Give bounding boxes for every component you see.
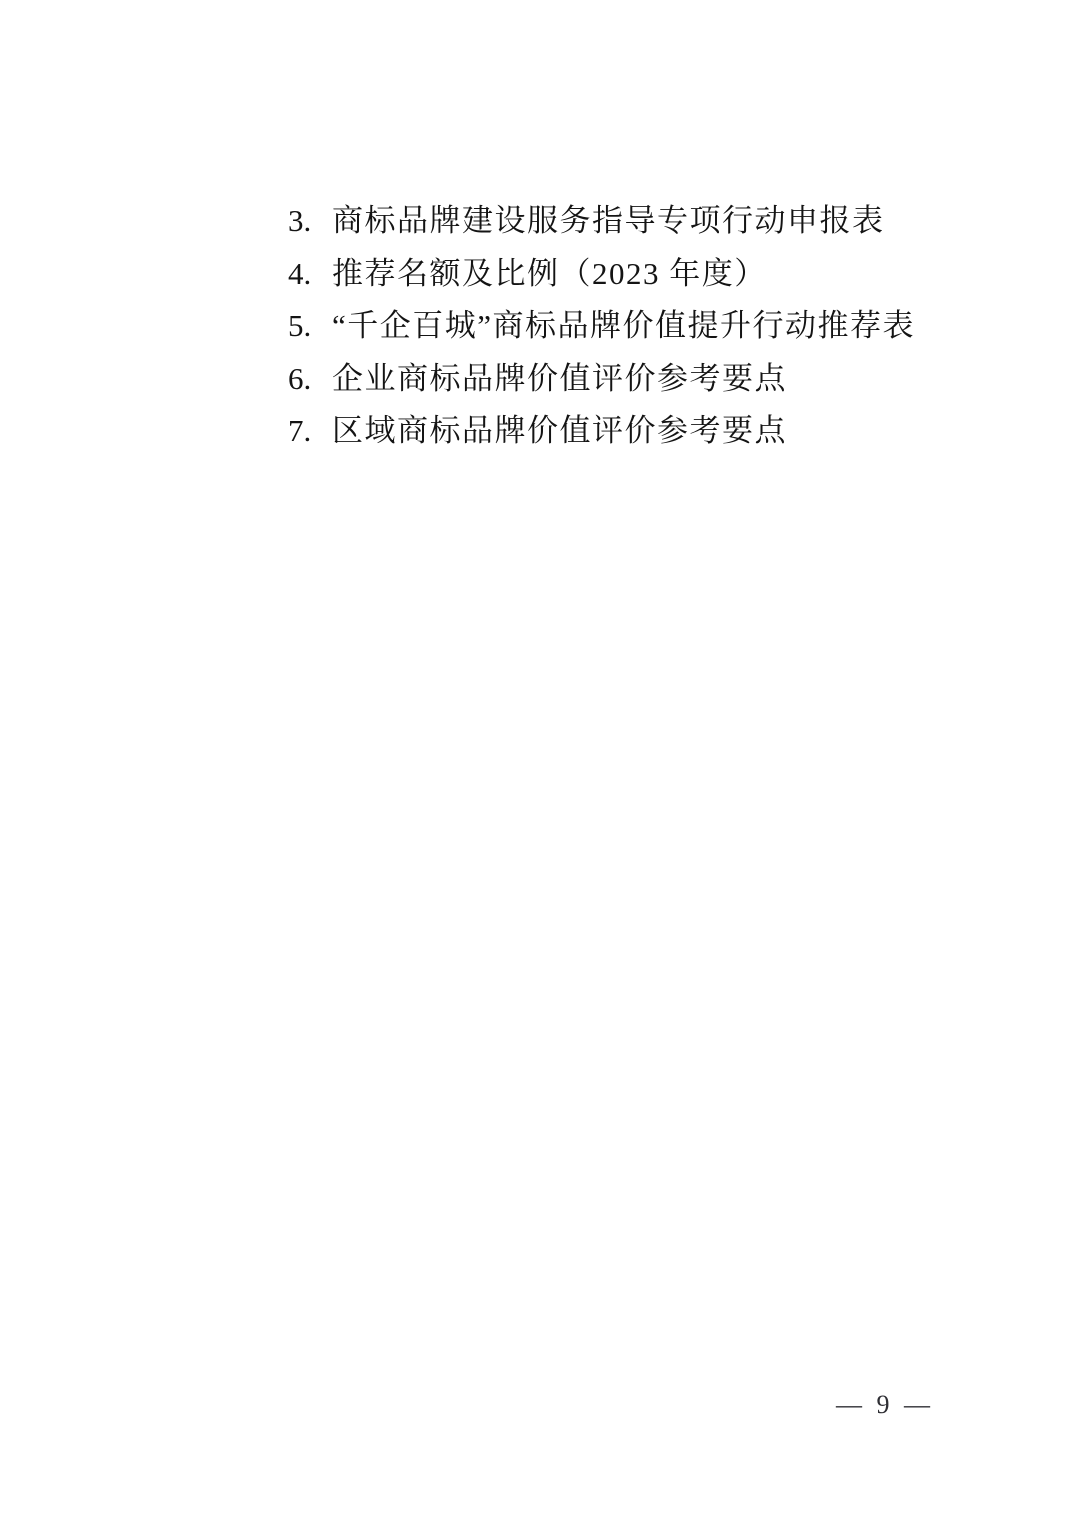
document-page: 3. 商标品牌建设服务指导专项行动申报表 4. 推荐名额及比例（2023 年度）…	[0, 0, 1080, 1527]
list-item-text: “千企百城”商标品牌价值提升行动推荐表	[332, 305, 988, 347]
page-number: — 9 —	[836, 1389, 946, 1421]
list-item: 6. 企业商标品牌价值评价参考要点	[288, 358, 988, 411]
list-item: 5. “千企百城”商标品牌价值提升行动推荐表	[288, 305, 988, 358]
list-item-text: 区域商标品牌价值评价参考要点	[332, 410, 988, 452]
list-item-number: 6.	[288, 358, 332, 400]
list-item: 4. 推荐名额及比例（2023 年度）	[288, 253, 988, 306]
list-item-number: 3.	[288, 200, 332, 242]
list-item-text: 企业商标品牌价值评价参考要点	[332, 358, 988, 400]
list-item-number: 5.	[288, 305, 332, 347]
list-item-text: 推荐名额及比例（2023 年度）	[332, 253, 988, 295]
list-item: 7. 区域商标品牌价值评价参考要点	[288, 410, 988, 463]
list-item-number: 7.	[288, 410, 332, 452]
list-item: 3. 商标品牌建设服务指导专项行动申报表	[288, 200, 988, 253]
attachment-list: 3. 商标品牌建设服务指导专项行动申报表 4. 推荐名额及比例（2023 年度）…	[288, 200, 988, 463]
list-item-number: 4.	[288, 253, 332, 295]
list-item-text: 商标品牌建设服务指导专项行动申报表	[332, 200, 988, 242]
